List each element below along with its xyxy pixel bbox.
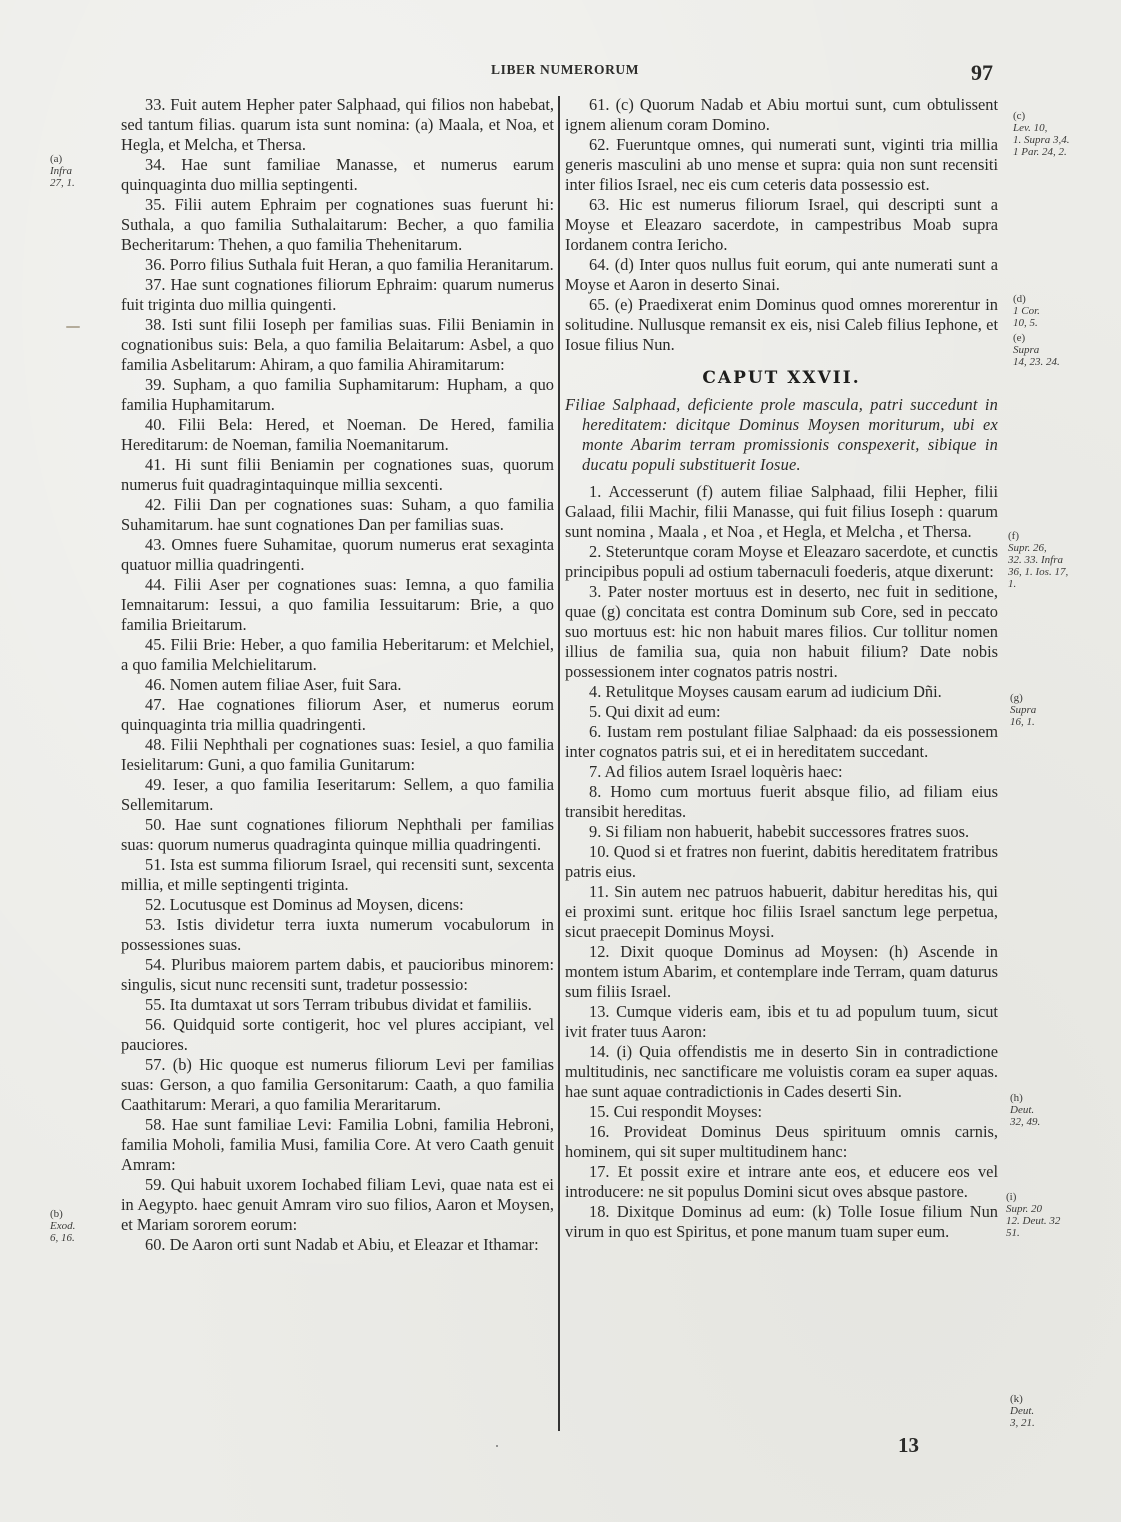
margin-note-b: (b) Exod. 6, 16. (50, 1196, 75, 1244)
verse-27-12: 12. Dixit quoque Dominus ad Moysen: (h) … (565, 942, 998, 1002)
verse-41: 41. Hi sunt filii Beniamin per cognation… (121, 455, 554, 495)
verse-37: 37. Hae sunt cognationes filiorum Ephrai… (121, 275, 554, 315)
verse-27-7: 7. Ad filios autem Israel loquèris haec: (565, 762, 998, 782)
verse-50: 50. Hae sunt cognationes filiorum Nephth… (121, 815, 554, 855)
verse-27-2: 2. Steteruntque coram Moyse et Eleazaro … (565, 542, 998, 582)
verse-27-18: 18. Dixitque Dominus ad eum: (k) Tolle I… (565, 1202, 998, 1242)
margin-note-f: (f) Supr. 26, 32. 33. Infra 36, 1. Ios. … (1008, 518, 1068, 590)
verse-52: 52. Locutusque est Dominus ad Moysen, di… (121, 895, 554, 915)
verse-27-11: 11. Sin autem nec patruos habuerit, dabi… (565, 882, 998, 942)
verse-35: 35. Filii autem Ephraim per cognationes … (121, 195, 554, 255)
margin-note-ref: (h) (1010, 1092, 1023, 1104)
verse-64: 64. (d) Inter quos nullus fuit eorum, qu… (565, 255, 998, 295)
verse-47: 47. Hae cognationes filiorum Aser, et nu… (121, 695, 554, 735)
margin-note-g: (g) Supra 16, 1. (1010, 680, 1036, 728)
verse-58: 58. Hae sunt familiae Levi: Familia Lobn… (121, 1115, 554, 1175)
verse-59: 59. Qui habuit uxorem Iochabed filiam Le… (121, 1175, 554, 1235)
verse-42: 42. Filii Dan per cognationes suas: Suha… (121, 495, 554, 535)
chapter-summary: Filiae Salphaad, deficiente prole mascul… (565, 395, 998, 475)
verse-46: 46. Nomen autem filiae Aser, fuit Sara. (121, 675, 554, 695)
margin-note-text: Deut. 32, 49. (1010, 1104, 1040, 1128)
verse-60: 60. De Aaron orti sunt Nadab et Abiu, et… (121, 1235, 554, 1255)
verse-53: 53. Istis dividetur terra iuxta numerum … (121, 915, 554, 955)
verse-44: 44. Filii Aser per cognationes suas: Iem… (121, 575, 554, 635)
margin-note-ref: (c) (1013, 110, 1025, 122)
verse-27-4: 4. Retulitque Moyses causam earum ad iud… (565, 682, 998, 702)
verse-39: 39. Supham, a quo familia Suphamitarum: … (121, 375, 554, 415)
verse-56: 56. Quidquid sorte contigerit, hoc vel p… (121, 1015, 554, 1055)
verse-57: 57. (b) Hic quoque est numerus filiorum … (121, 1055, 554, 1115)
verse-62: 62. Fueruntque omnes, qui numerati sunt,… (565, 135, 998, 195)
verse-27-16: 16. Provideat Dominus Deus spirituum omn… (565, 1122, 998, 1162)
column-divider (558, 96, 560, 1431)
verse-27-3: 3. Pater noster mortuus est in deserto, … (565, 582, 998, 682)
verse-27-5: 5. Qui dixit ad eum: (565, 702, 998, 722)
verse-27-10: 10. Quod si et fratres non fuerint, dabi… (565, 842, 998, 882)
verse-55: 55. Ita dumtaxat ut sors Terram tribubus… (121, 995, 554, 1015)
verse-40: 40. Filii Bela: Hered, et Noeman. De Her… (121, 415, 554, 455)
margin-note-c: (c) Lev. 10, 1. Supra 3,4. 1 Par. 24, 2. (1013, 98, 1070, 158)
signature-mark: 13 (898, 1433, 919, 1458)
margin-note-text: Supr. 26, 32. 33. Infra 36, 1. Ios. 17, … (1008, 542, 1068, 590)
verse-65: 65. (e) Praedixerat enim Dominus quod om… (565, 295, 998, 355)
verse-27-9: 9. Si filiam non habuerit, habebit succe… (565, 822, 998, 842)
left-column: 33. Fuit autem Hepher pater Salphaad, qu… (121, 95, 554, 1255)
right-column: 61. (c) Quorum Nadab et Abiu mortui sunt… (565, 95, 998, 1242)
verse-48: 48. Filii Nephthali per cognationes suas… (121, 735, 554, 775)
print-speck (496, 1445, 498, 1447)
verse-27-13: 13. Cumque videris eam, ibis et tu ad po… (565, 1002, 998, 1042)
verse-27-8: 8. Homo cum mortuus fuerit absque filio,… (565, 782, 998, 822)
margin-note-ref: (a) (50, 153, 62, 165)
margin-note-ref: (d) (1013, 293, 1026, 305)
margin-note-ref: (k) (1010, 1393, 1023, 1405)
margin-note-text: Supra 16, 1. (1010, 704, 1036, 728)
margin-note-ref: (i) (1006, 1191, 1016, 1203)
verse-34: 34. Hae sunt familiae Manasse, et numeru… (121, 155, 554, 195)
margin-note-ref: (b) (50, 1208, 63, 1220)
verse-54: 54. Pluribus maiorem partem dabis, et pa… (121, 955, 554, 995)
running-head: LIBER NUMERORUM (491, 62, 639, 78)
verse-33: 33. Fuit autem Hepher pater Salphaad, qu… (121, 95, 554, 155)
verse-27-15: 15. Cui respondit Moyses: (565, 1102, 998, 1122)
margin-note-text: Infra 27, 1. (50, 165, 75, 189)
margin-note-a: (a) Infra 27, 1. (50, 141, 75, 189)
verse-27-6: 6. Iustam rem postulant filiae Salphaad:… (565, 722, 998, 762)
verse-36: 36. Porro filius Suthala fuit Heran, a q… (121, 255, 554, 275)
verse-45: 45. Filii Brie: Heber, a quo familia Heb… (121, 635, 554, 675)
verse-43: 43. Omnes fuere Suhamitae, quorum numeru… (121, 535, 554, 575)
margin-note-k: (k) Deut. 3, 21. (1010, 1381, 1035, 1429)
verse-27-14: 14. (i) Quia offendistis me in deserto S… (565, 1042, 998, 1102)
margin-note-text: Exod. 6, 16. (50, 1220, 75, 1244)
verse-63: 63. Hic est numerus filiorum Israel, qui… (565, 195, 998, 255)
margin-note-ref: (f) (1008, 530, 1019, 542)
verse-27-17: 17. Et possit exire et intrare ante eos,… (565, 1162, 998, 1202)
margin-note-text: Lev. 10, 1. Supra 3,4. 1 Par. 24, 2. (1013, 122, 1070, 158)
verse-61: 61. (c) Quorum Nadab et Abiu mortui sunt… (565, 95, 998, 135)
margin-note-text: Deut. 3, 21. (1010, 1405, 1035, 1429)
margin-note-ref: (e) (1013, 332, 1025, 344)
margin-note-h: (h) Deut. 32, 49. (1010, 1080, 1040, 1128)
verse-38: 38. Isti sunt filii Ioseph per familias … (121, 315, 554, 375)
verse-49: 49. Ieser, a quo familia Ieseritarum: Se… (121, 775, 554, 815)
margin-note-i: (i) Supr. 20 12. Deut. 32 51. (1006, 1179, 1060, 1239)
chapter-heading: CAPUT XXVII. (565, 368, 998, 388)
ink-smudge (66, 326, 80, 328)
verse-27-1: 1. Accesserunt (f) autem filiae Salphaad… (565, 482, 998, 542)
margin-note-ref: (g) (1010, 692, 1023, 704)
margin-note-text: Supr. 20 12. Deut. 32 51. (1006, 1203, 1060, 1239)
margin-note-e: (e) Supra 14, 23. 24. (1013, 320, 1060, 368)
verse-51: 51. Ista est summa filiorum Israel, qui … (121, 855, 554, 895)
margin-note-text: Supra 14, 23. 24. (1013, 344, 1060, 368)
page-number: 97 (971, 60, 993, 86)
